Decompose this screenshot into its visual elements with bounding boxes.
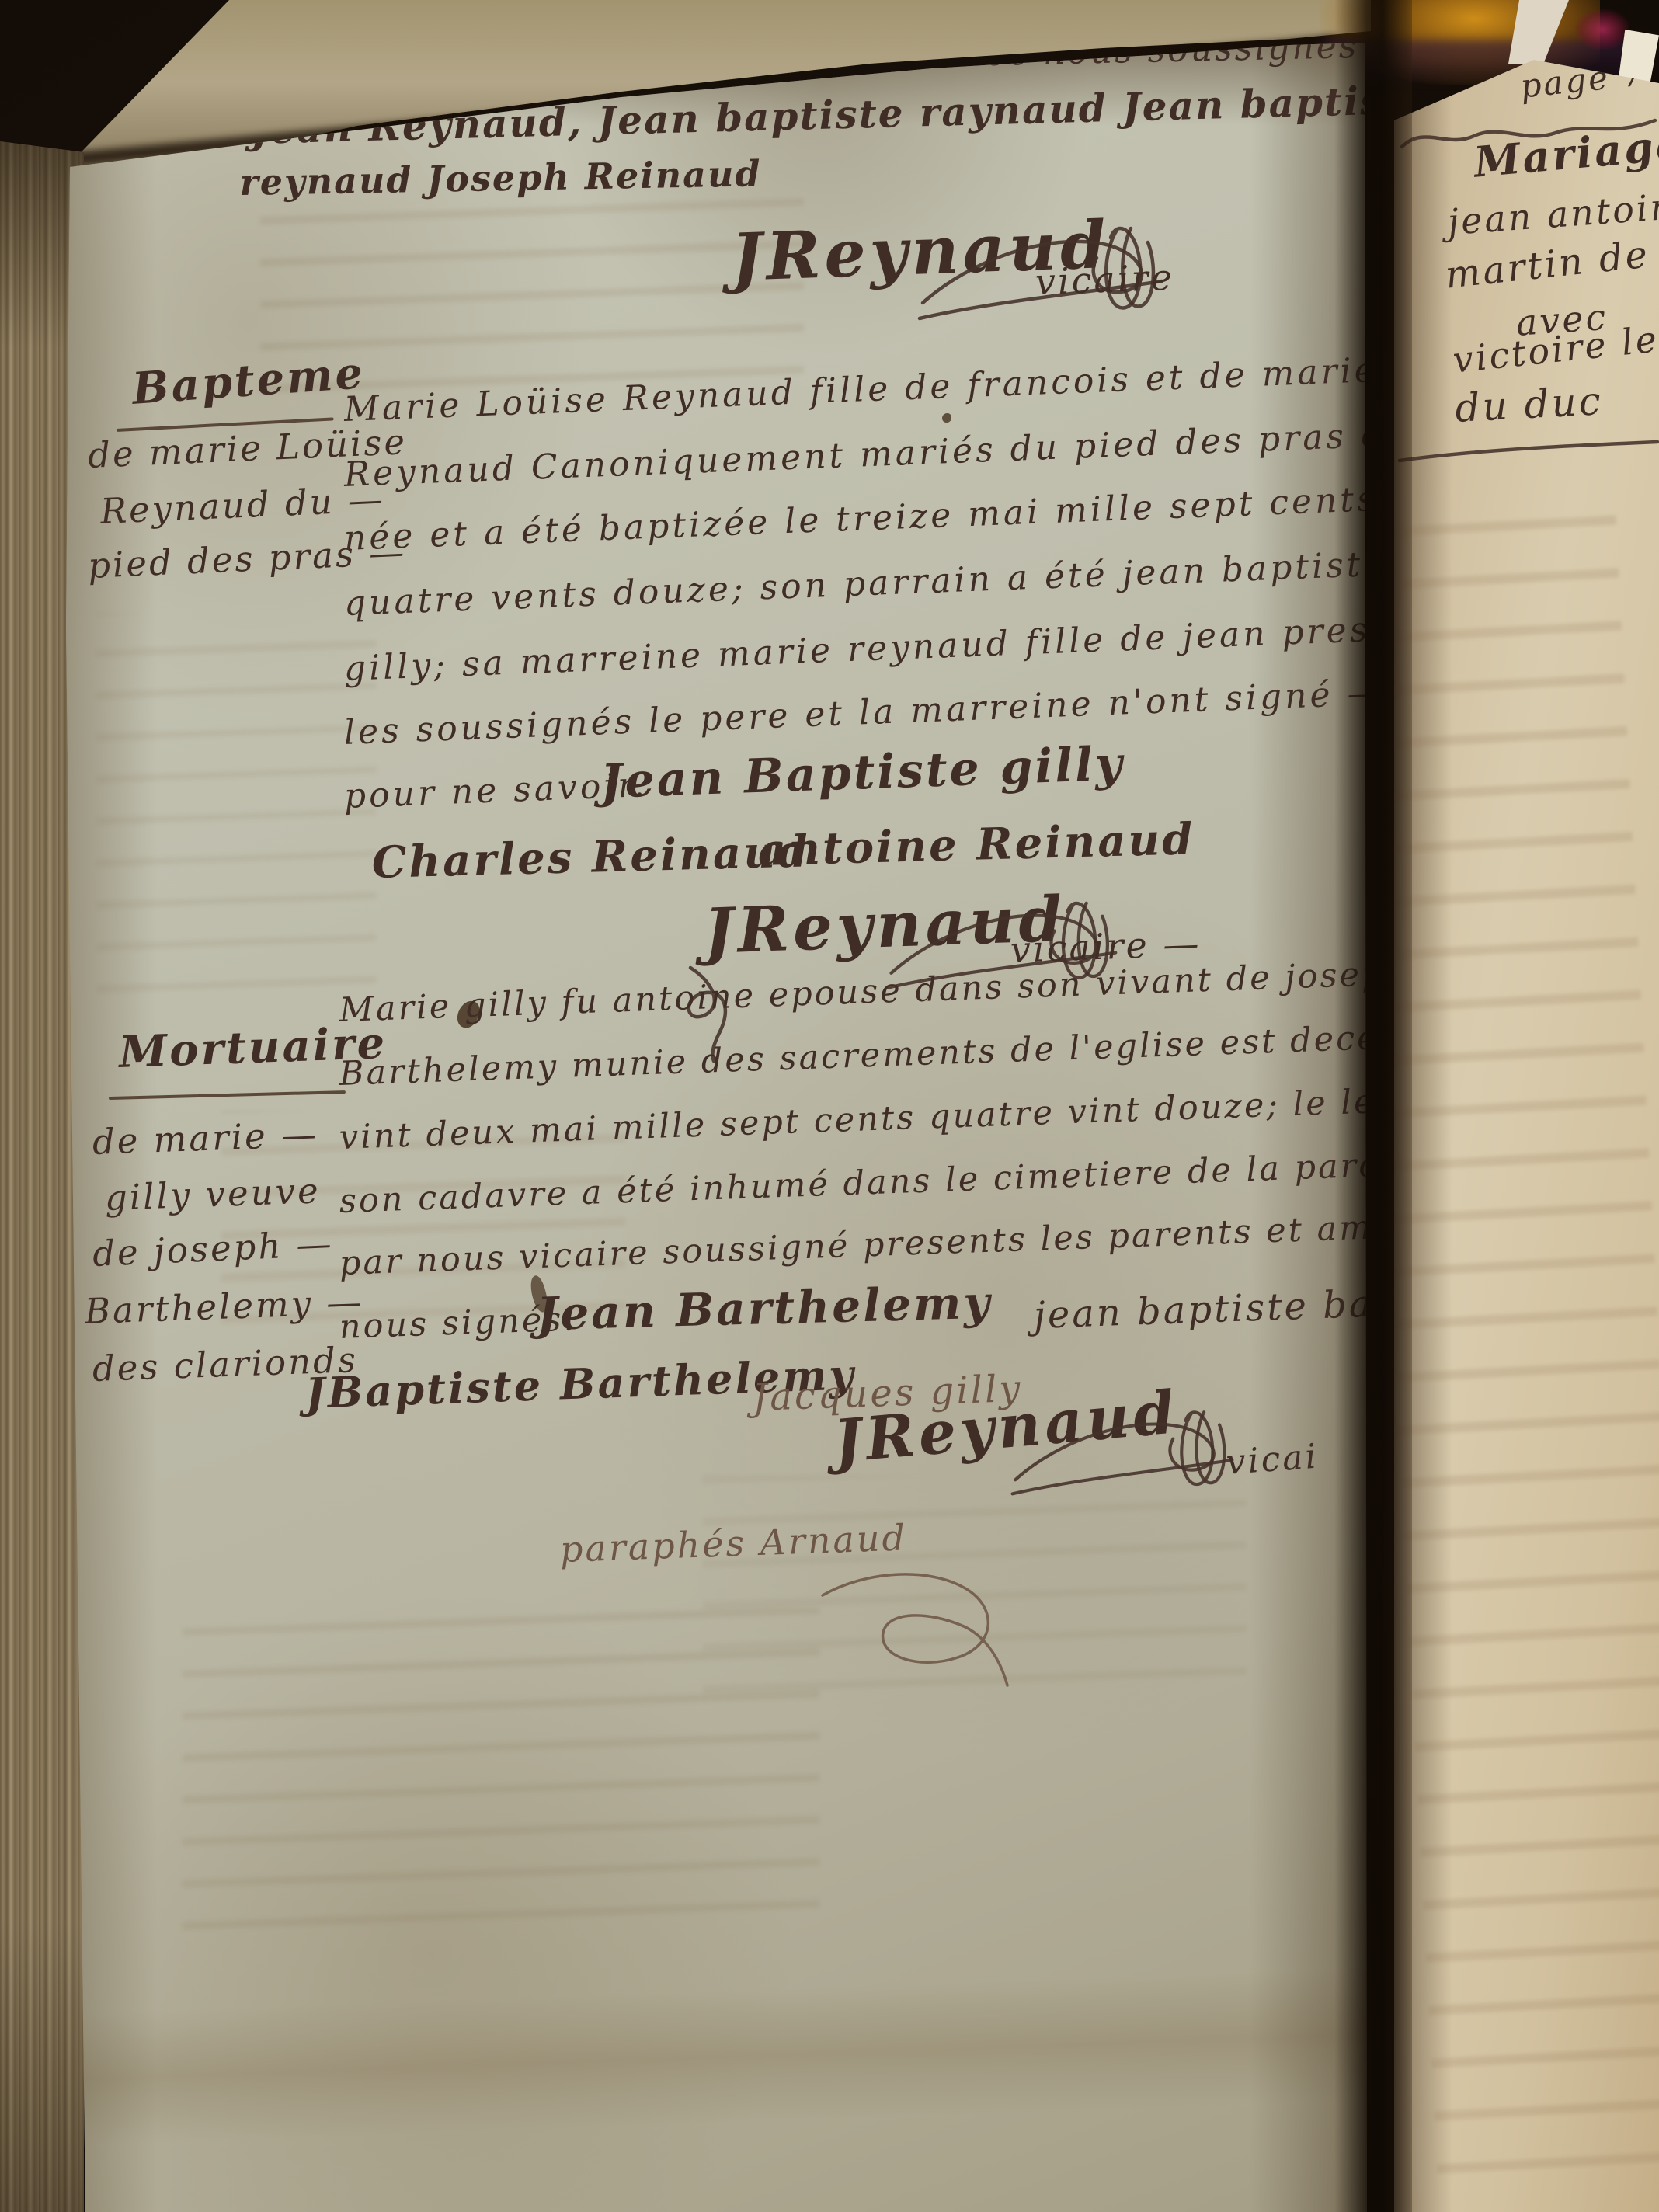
mortuary-margin-line: Barthelemy — <box>84 1281 364 1332</box>
ink-bleed-through <box>97 614 377 1017</box>
vicar-title: vicaire <box>1035 256 1175 303</box>
mortuary-body-line: par nous vicaire soussigné presents les … <box>339 1204 1506 1283</box>
right-page: page 7 Mariage jean antoine martin de av… <box>1394 43 1659 2212</box>
witness-signature: antoine Reinaud <box>757 813 1195 876</box>
baptism-margin-title: Bapteme <box>130 347 367 415</box>
witness-signature: jean baptiste bar <box>1033 1282 1394 1337</box>
paraph-swirl <box>812 1561 1014 1693</box>
mortuary-margin-line: de marie — <box>92 1114 319 1163</box>
vicar-title: vicai <box>1225 1437 1320 1483</box>
ink-bleed-through <box>1349 472 1659 2212</box>
baptism-body-line: née et a été baptizée le treize mai mill… <box>343 477 1429 558</box>
godfather-signature: Jean Baptiste gilly <box>600 736 1125 809</box>
mortuary-body-line: son cadavre a été inhumé dans le cimetie… <box>339 1143 1456 1221</box>
mortuary-body-line: Barthelemy munie des sacrements de l'egl… <box>339 1014 1496 1094</box>
baptism-body-line: Marie Loüise Reynaud fille de francois e… <box>343 350 1379 430</box>
mortuary-body-line: vint deux mai mille sept cents quatre vi… <box>339 1076 1539 1157</box>
marriage-margin-line: martin de <box>1443 232 1651 297</box>
baptism-body-line: les soussignés le pere et la marreine n'… <box>343 673 1385 753</box>
ink-dot <box>942 413 951 423</box>
mortuary-margin-line: gilly veuve <box>104 1170 321 1219</box>
baptism-body-line: Reynaud Canoniquement mariés du pied des… <box>343 415 1402 495</box>
underline-stroke <box>109 1090 346 1100</box>
background-red-accent <box>1575 9 1629 50</box>
ink-bleed-through <box>183 1608 819 1942</box>
signature-flourish <box>1010 1395 1235 1515</box>
manuscript-photo: page 6. vicaire presents les parent et a… <box>0 0 1659 2212</box>
mortuary-margin-line: de joseph — <box>92 1223 335 1274</box>
witness-signatures-line: reynaud Joseph Reinaud <box>239 152 762 203</box>
marriage-margin-line: du duc <box>1454 378 1604 431</box>
margin-rule <box>1398 440 1659 464</box>
witness-signature: Charles Reinaud <box>371 826 811 889</box>
baptism-body-line: quatre vents douze; son parrain a été je… <box>343 542 1438 624</box>
left-page: page 6. vicaire presents les parent et a… <box>66 39 1367 2212</box>
witness-signature: Jean Barthelemy <box>536 1276 993 1341</box>
